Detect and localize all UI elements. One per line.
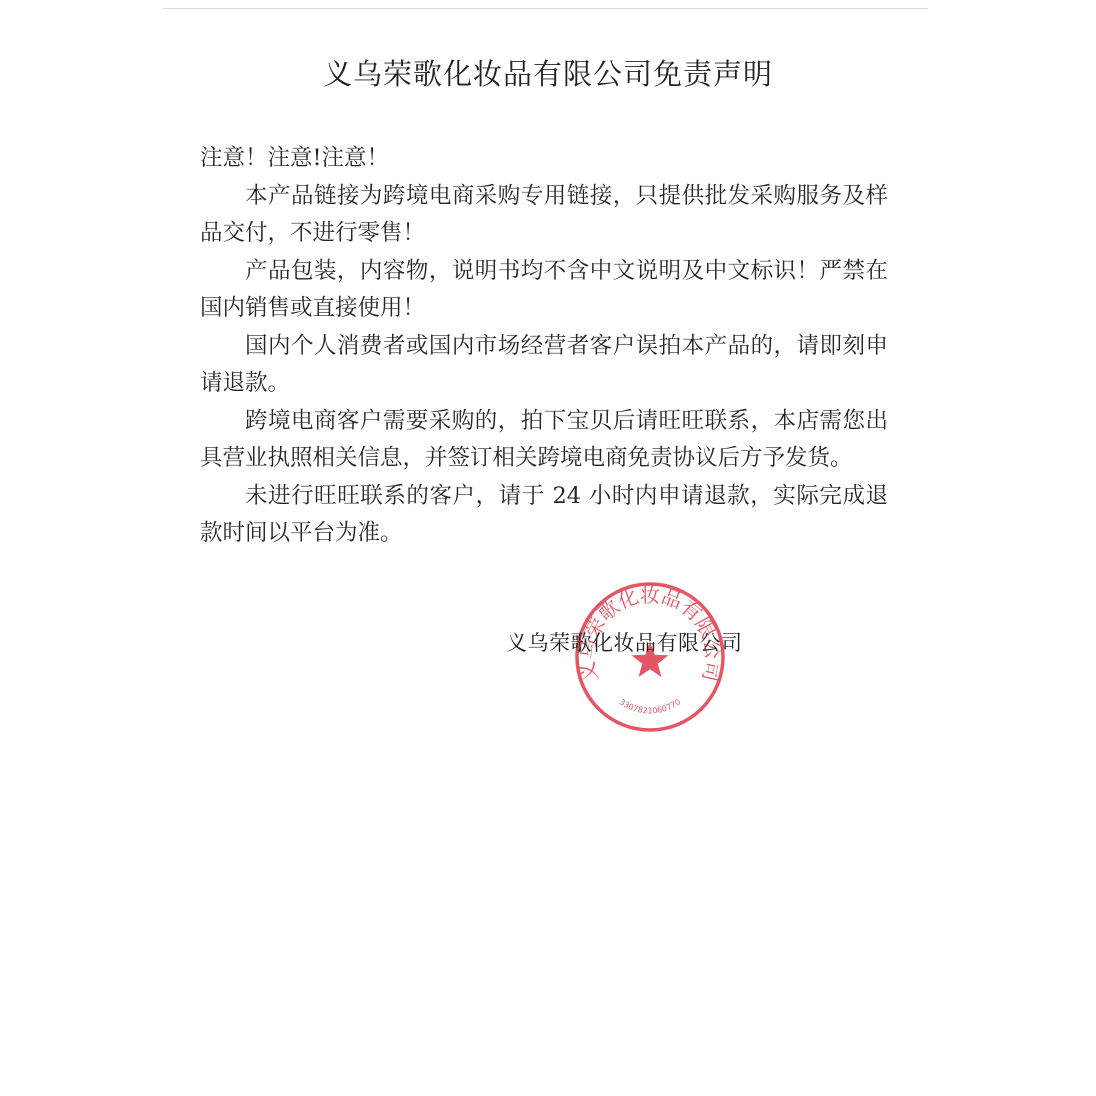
scan-edge-line: [163, 8, 928, 9]
document-body: 注意！注意!注意！ 本产品链接为跨境电商采购专用链接，只提供批发采购服务及样品交…: [200, 140, 888, 553]
paragraph-wholesale-only: 本产品链接为跨境电商采购专用链接，只提供批发采购服务及样品交付，不进行零售！: [200, 178, 888, 253]
paragraph-refund-24h: 未进行旺旺联系的客户，请于 24 小时内申请退款，实际完成退款时间以平台为准。: [200, 478, 888, 553]
warning-line: 注意！注意!注意！: [200, 140, 888, 178]
company-signature: 义乌荣歌化妆品有限公司: [506, 626, 743, 660]
document-title: 义乌荣歌化妆品有限公司免责声明: [0, 52, 1096, 96]
paragraph-refund-domestic: 国内个人消费者或国内市场经营者客户误拍本产品的，请即刻申请退款。: [200, 328, 888, 403]
paragraph-no-chinese-labels: 产品包装，内容物，说明书均不含中文说明及中文标识！严禁在国内销售或直接使用！: [200, 253, 888, 328]
paragraph-crossborder-process: 跨境电商客户需要采购的，拍下宝贝后请旺旺联系，本店需您出具营业执照相关信息，并签…: [200, 403, 888, 478]
stamp-registration-number: 3307821060770: [618, 697, 682, 715]
